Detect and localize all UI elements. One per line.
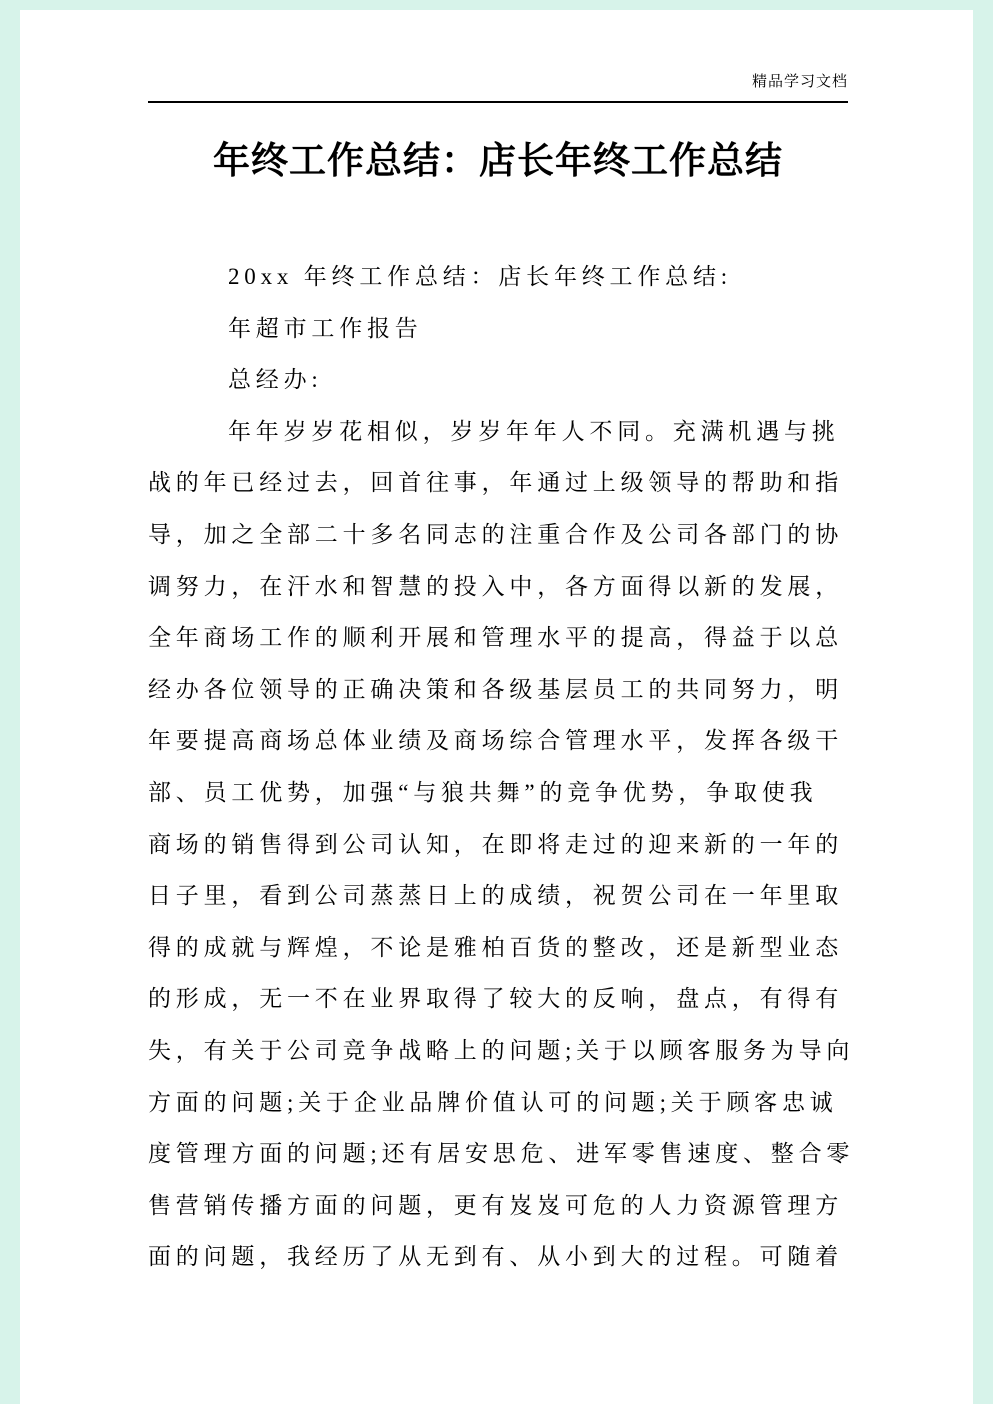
body-line: 日子里，看到公司蒸蒸日上的成绩，祝贺公司在一年里取 — [148, 870, 858, 922]
document-viewer: { "document": { "brand_header": "精品学习文档"… — [0, 0, 993, 1404]
body-line: 经办各位领导的正确决策和各级基层员工的共同努力，明 — [148, 664, 858, 716]
body-line: 的形成，无一不在业界取得了较大的反响，盘点，有得有 — [148, 973, 858, 1025]
body-line: 全年商场工作的顺利开展和管理水平的提高，得益于以总 — [148, 612, 858, 664]
header-rule — [148, 101, 848, 103]
body-line: 总经办: — [148, 354, 858, 406]
body-line: 度管理方面的问题;还有居安思危、进军零售速度、整合零 — [148, 1128, 858, 1180]
body-line: 年年岁岁花相似，岁岁年年人不同。充满机遇与挑 — [148, 406, 858, 458]
body-line: 年要提高商场总体业绩及商场综合管理水平，发挥各级干 — [148, 715, 858, 767]
body-line: 导，加之全部二十多名同志的注重合作及公司各部门的协 — [148, 509, 858, 561]
body-line: 失，有关于公司竞争战略上的问题;关于以顾客服务为导向 — [148, 1025, 858, 1077]
body-line: 部、员工优势，加强“与狼共舞”的竞争优势，争取使我 — [148, 767, 858, 819]
body-line: 方面的问题;关于企业品牌价值认可的问题;关于顾客忠诚 — [148, 1077, 858, 1129]
body-line: 战的年已经过去，回首往事，年通过上级领导的帮助和指 — [148, 457, 858, 509]
document-title: 年终工作总结：店长年终工作总结 — [128, 140, 868, 184]
body-line: 面的问题，我经历了从无到有、从小到大的过程。可随着 — [148, 1231, 858, 1283]
document-page: 精品学习文档 年终工作总结：店长年终工作总结 20xx 年终工作总结：店长年终工… — [20, 10, 973, 1404]
body-line: 年超市工作报告 — [148, 303, 858, 355]
body-line: 商场的销售得到公司认知，在即将走过的迎来新的一年的 — [148, 819, 858, 871]
document-body: 20xx 年终工作总结：店长年终工作总结: 年超市工作报告 总经办: 年年岁岁花… — [148, 251, 858, 1283]
body-line: 得的成就与辉煌，不论是雅柏百货的整改，还是新型业态 — [148, 922, 858, 974]
body-line: 调努力，在汗水和智慧的投入中，各方面得以新的发展， — [148, 561, 858, 613]
body-line: 售营销传播方面的问题，更有岌岌可危的人力资源管理方 — [148, 1180, 858, 1232]
brand-header-text: 精品学习文档 — [148, 70, 848, 91]
body-line: 20xx 年终工作总结：店长年终工作总结: — [148, 251, 858, 303]
